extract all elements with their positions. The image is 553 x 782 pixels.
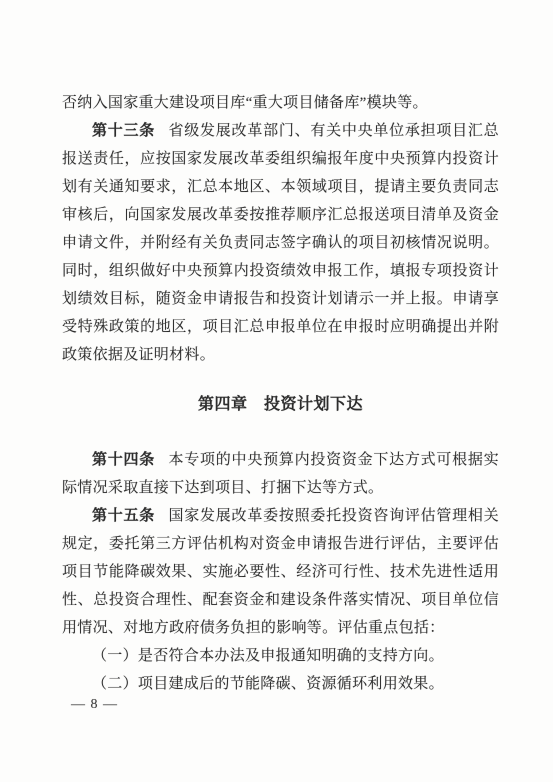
document-line: 划有关通知要求，汇总本地区、本领域项目，提请主要负责同志 (62, 173, 499, 201)
line-text: 划有关通知要求，汇总本地区、本领域项目，提请主要负责同志 (62, 179, 499, 195)
line-text: 受特殊政策的地区，项目汇总申报单位在申报时应明确提出并附 (62, 319, 499, 335)
page-number: — 8 — (71, 697, 118, 712)
line-text: 审核后，向国家发展改革委按推荐顺序汇总报送项目清单及资金 (62, 207, 499, 223)
document-line: 审核后，向国家发展改革委按推荐顺序汇总报送项目清单及资金 (62, 201, 499, 229)
line-text: 用情况、对地方政府债务负担的影响等。评估重点包括： (62, 620, 445, 636)
page-footer: — 8 — (71, 696, 118, 714)
article-number: 第十四条 (92, 451, 155, 468)
document-body: 否纳入国家重大建设项目库“重大项目储备库”模块等。第十三条省级发展改革部门、有关… (62, 89, 499, 698)
line-text: 省级发展改革部门、有关中央单位承担项目汇总 (169, 123, 499, 139)
document-line: （二）项目建成后的节能降碳、资源循环利用效果。 (62, 670, 499, 698)
document-line: 项目节能降碳效果、实施必要性、经济可行性、技术先进性适用 (62, 558, 499, 586)
line-text: （二）项目建成后的节能降碳、资源循环利用效果。 (92, 676, 444, 692)
line-text: 政策依据及证明材料。 (62, 347, 215, 363)
line-text: 同时，组织做好中央预算内投资绩效申报工作，填报专项投资计 (62, 263, 499, 279)
chapter-heading: 第四章 投资计划下达 (62, 391, 499, 419)
document-line: 规定，委托第三方评估机构对资金申请报告进行评估，主要评估 (62, 530, 499, 558)
document-line: 受特殊政策的地区，项目汇总申报单位在申报时应明确提出并附 (62, 313, 499, 341)
article-number: 第十五条 (92, 507, 155, 524)
line-text: 国家发展改革委按照委托投资咨询评估管理相关 (169, 508, 499, 524)
line-text: 否纳入国家重大建设项目库“重大项目储备库”模块等。 (62, 95, 428, 111)
line-text: 申请文件，并附经有关负责同志签字确认的项目初核情况说明。 (62, 235, 499, 251)
document-line: 划绩效目标，随资金申请报告和投资计划请示一并上报。申请享 (62, 285, 499, 313)
document-line: 第十三条省级发展改革部门、有关中央单位承担项目汇总 (62, 117, 499, 145)
document-line: 申请文件，并附经有关负责同志签字确认的项目初核情况说明。 (62, 229, 499, 257)
line-text: 项目节能降碳效果、实施必要性、经济可行性、技术先进性适用 (62, 564, 499, 580)
line-text: 本专项的中央预算内投资资金下达方式可根据实 (169, 452, 499, 468)
line-text: 规定，委托第三方评估机构对资金申请报告进行评估，主要评估 (62, 536, 499, 552)
line-text: 际情况采取直接下达到项目、打捆下达等方式。 (62, 480, 383, 496)
document-line: 否纳入国家重大建设项目库“重大项目储备库”模块等。 (62, 89, 499, 117)
line-text: （一）是否符合本办法及申报通知明确的支持方向。 (92, 648, 444, 664)
document-line: 第十五条国家发展改革委按照委托投资咨询评估管理相关 (62, 502, 499, 530)
document-line: 用情况、对地方政府债务负担的影响等。评估重点包括： (62, 614, 499, 642)
document-page: 否纳入国家重大建设项目库“重大项目储备库”模块等。第十三条省级发展改革部门、有关… (0, 0, 553, 782)
line-text: 性、总投资合理性、配套资金和建设条件落实情况、项目单位信 (62, 592, 499, 608)
document-line: 政策依据及证明材料。 (62, 341, 499, 369)
line-text: 划绩效目标，随资金申请报告和投资计划请示一并上报。申请享 (62, 291, 499, 307)
document-line: 第十四条本专项的中央预算内投资资金下达方式可根据实 (62, 446, 499, 474)
article-number: 第十三条 (92, 122, 155, 139)
line-text: 报送责任，应按国家发展改革委组织编报年度中央预算内投资计 (62, 151, 499, 167)
document-line: （一）是否符合本办法及申报通知明确的支持方向。 (62, 642, 499, 670)
document-line: 报送责任，应按国家发展改革委组织编报年度中央预算内投资计 (62, 145, 499, 173)
document-line: 同时，组织做好中央预算内投资绩效申报工作，填报专项投资计 (62, 257, 499, 285)
line-text: 第四章 投资计划下达 (198, 396, 363, 413)
document-line: 性、总投资合理性、配套资金和建设条件落实情况、项目单位信 (62, 586, 499, 614)
document-line: 际情况采取直接下达到项目、打捆下达等方式。 (62, 474, 499, 502)
